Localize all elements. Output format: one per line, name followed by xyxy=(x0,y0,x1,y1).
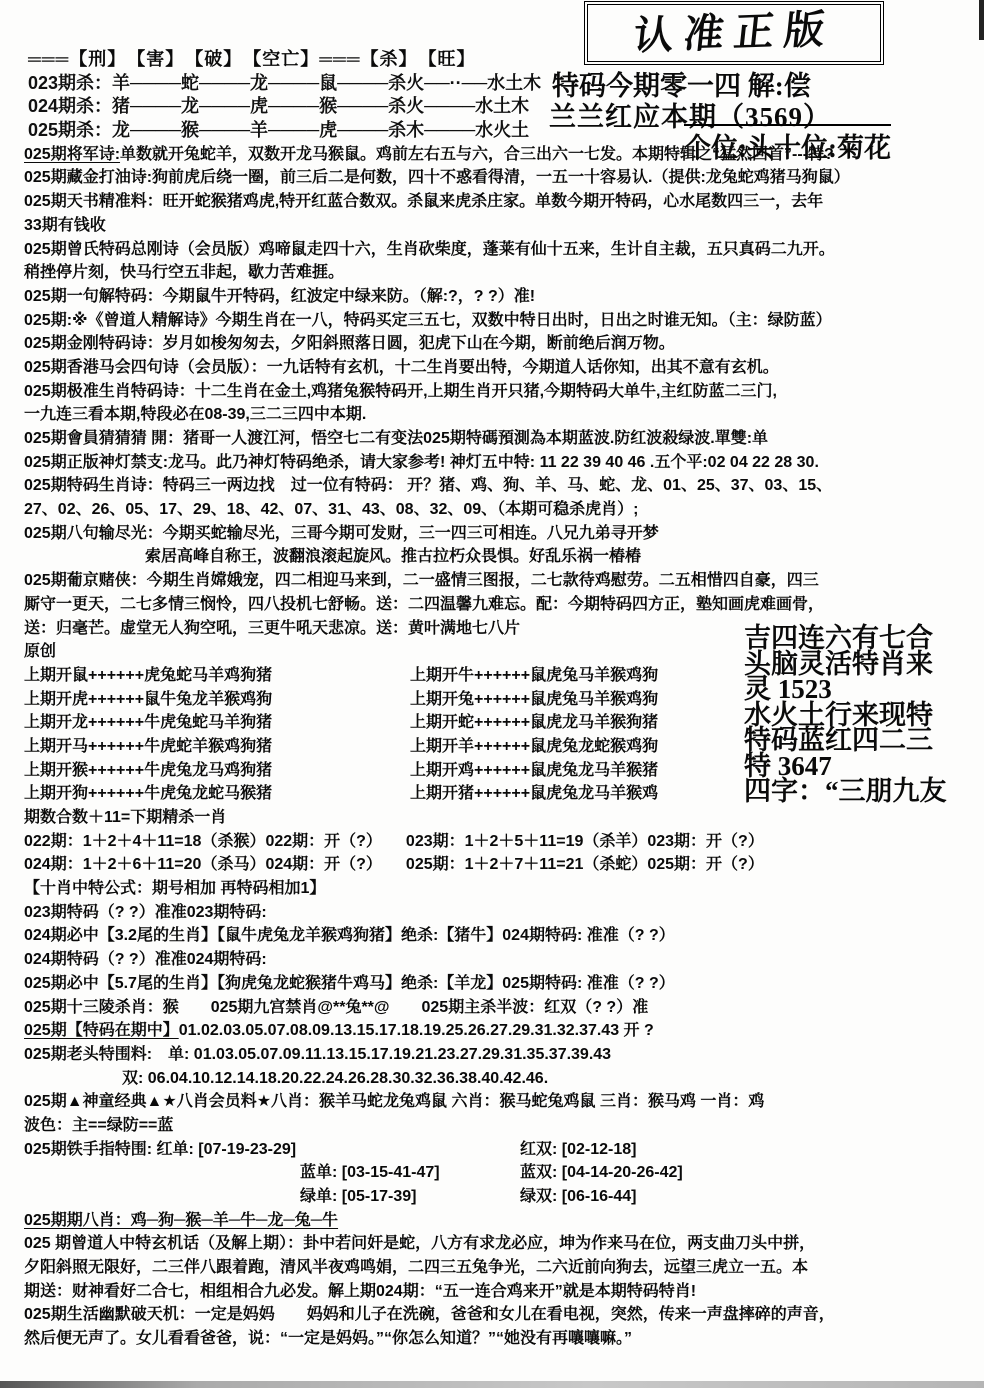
hint-line: 特码蓝红四二三 xyxy=(744,728,984,754)
zodiac-cell: 上期开鼠++++++虎兔蛇马羊鸡狗猪 xyxy=(24,664,410,688)
formula-row1: 022期：1＋2＋4＋11=18（杀猴）022期：开（?） 023期：1＋2＋5… xyxy=(0,830,984,854)
must-hit-025: 025期必中【5.7尾的生肖】【狗虎兔龙蛇猴猪牛鸡马】绝杀:【羊龙】025期特码… xyxy=(0,972,984,996)
zodiac-cell: 上期开龙++++++牛虎兔蛇马羊狗猪 xyxy=(24,711,410,735)
red-even: 红双: [02-12-18] xyxy=(520,1138,636,1162)
zodiac-cell: 上期开虎++++++鼠牛兔龙羊猴鸡狗 xyxy=(24,688,410,712)
accurate-zodiac-line2: 一九连三看本期,特段必在08-39,三二三四中本期. xyxy=(0,403,984,427)
zodiac-cell: 上期开牛++++++鼠虎兔马羊猴鸡狗 xyxy=(410,667,658,684)
pujing-gambler-line2: 厮守一更天，二七多情三悯怜，四八投机七舒畅。送：二四温馨九难忘。配：今期特码四方… xyxy=(0,593,984,617)
code-in-period-label: 025期【特码在期中】 xyxy=(24,1022,179,1039)
iron-finger-row-red: 025期铁手指特围: 红单: [07-19-23-29]红双: [02-12-1… xyxy=(0,1138,984,1162)
heaven-book-line1: 025期天书精准料：旺开蛇猴猪鸡虎,特开红蓝合数双。杀鼠来虎杀庄家。单数今期开特… xyxy=(0,190,984,214)
hint-line: 四字：“三朋九友 xyxy=(744,779,984,805)
zodiac-poem-line2: 27、02、26、05、17、29、18、42、07、31、43、08、32、0… xyxy=(0,498,984,522)
eight-zodiac-text: 025期期八肖：鸡─狗─猴─羊─牛─龙─兔─牛 xyxy=(24,1212,338,1229)
mystery-talk-line2: 夕阳斜照无限好，二三伴八跟着跑，清风半夜鸡鸣娟，二四三五兔争光，二六近前向狗去，… xyxy=(0,1256,984,1280)
zodiac-cell: 上期开狗++++++牛虎兔龙蛇马猴猪 xyxy=(24,782,410,806)
wave-color-line: 波色：主==绿防==蓝 xyxy=(0,1114,984,1138)
special-023: 023期特码（? ?）准准023期特码: xyxy=(0,901,984,925)
magic-lamp-line: 025期正版神灯禁支:龙马。此乃神灯特码绝杀，请大家参考! 神灯五中特: 11 … xyxy=(0,451,984,475)
humor-line2: 然后便无声了。女儿看看爸爸，说：“一定是妈妈。”“你怎么知道？”“她没有再嚷嚷嘛… xyxy=(0,1327,984,1351)
must-hit-024: 024期必中【3.2尾的生肖】【鼠牛虎兔龙羊猴鸡狗猪】绝杀:【猪牛】024期特码… xyxy=(0,924,984,948)
eight-zodiac-line: 025期期八肖：鸡─狗─猴─羊─牛─龙─兔─牛 xyxy=(0,1209,984,1233)
authenticity-stamp: 认准正版 xyxy=(584,1,884,65)
blue-even: 蓝双: [04-14-20-26-42] xyxy=(520,1161,683,1185)
one-sentence-hint: 025期一句解特码：今期鼠牛开特码，红波定中绿来防。（解:?，? ?）准! xyxy=(0,285,984,309)
zodiac-cell: 上期开兔++++++鼠虎兔马羊猴鸡狗 xyxy=(410,691,658,708)
humor-line1: 025期生活幽默破天机：一定是妈妈 妈妈和儿子在洗碗，爸爸和女儿在看电视，突然，… xyxy=(0,1303,984,1327)
iron-finger-row-blue: 蓝单: [03-15-41-47]蓝双: [04-14-20-26-42] xyxy=(0,1161,984,1185)
mystery-talk-line3: 期送：财神看好二合七，相组相合九必发。解上期024期：“五一连合鸡来开”就是本期… xyxy=(0,1280,984,1304)
green-odd: 绿单: [05-17-39] xyxy=(300,1188,416,1205)
accurate-zodiac-line1: 025期极准生肖特码诗：十二生肖在金土,鸡猪兔猴特码开,上期生肖开只猪,今期特码… xyxy=(0,380,984,404)
zodiac-cell: 上期开马++++++牛虎蛇羊猴鸡狗猪 xyxy=(24,735,410,759)
zodiac-cell: 上期开猪++++++鼠虎兔龙马羊猴鸡 xyxy=(410,785,658,802)
iron-finger-label: 025期铁手指特围: xyxy=(24,1141,156,1158)
zodiac-cell: 上期开羊++++++鼠虎兔龙蛇猴鸡狗 xyxy=(410,738,658,755)
scan-artifact-corner xyxy=(979,0,984,40)
mystery-talk-line1: 025 期曾道人中特玄机话（及解上期）：卦中若问奸是蛇，八方有求龙必应，坤为作来… xyxy=(0,1232,984,1256)
code-in-period-numbers: 01.02.03.05.07.08.09.13.15.17.18.19.25.2… xyxy=(179,1022,654,1039)
green-even: 绿双: [06-16-44] xyxy=(520,1185,636,1209)
formula-heading: 期数合数＋11=下期精杀一肖 xyxy=(0,806,984,830)
old-man-even-numbers: 双: 06.04.10.12.14.18.20.22.24.26.28.30.3… xyxy=(0,1067,984,1091)
headline-digit-hint: 个位:头十位:菊花 xyxy=(684,124,891,165)
blue-odd: 蓝单: [03-15-41-47] xyxy=(300,1164,440,1181)
formula-note: 【十肖中特公式：期号相加 再特码相加1】 xyxy=(0,877,984,901)
kill-zodiac-line: 025期十三陵杀肖：猴 025期九宫禁肖@**兔**@ 025期主杀半波：红双（… xyxy=(0,996,984,1020)
hint-line: 吉四连六有七合 xyxy=(744,626,984,652)
formula-row2: 024期：1＋2＋6＋11=20（杀马）024期：开（?） 025期：1＋2＋7… xyxy=(0,853,984,877)
iron-finger-row-green: 绿单: [05-17-39]绿双: [06-16-44] xyxy=(0,1185,984,1209)
zodiac-poem-line1: 025期特码生肖诗：特码三一两边找 过一位有特码： 开？猪、鸡、狗、羊、马、蛇、… xyxy=(0,474,984,498)
red-odd: 红单: [07-19-23-29] xyxy=(156,1141,296,1158)
zengdaoren-poem: 025期:※《曾道人精解诗》今期生肖在一八，特码买定三五七，双数中特日出时，日出… xyxy=(0,309,984,333)
general-poem-label: 025期将军诗: xyxy=(24,146,120,163)
special-024: 024期特码（? ?）准准024期特码: xyxy=(0,948,984,972)
hidden-gold-poem: 025期藏金打油诗:狗前虎后绕一圈，前三后二是何数，四十不惑看得清，一五一十容易… xyxy=(0,166,984,190)
hk-jockey-poem: 025期香港马会四句诗（会员版）：一九话特有玄机，十二生肖要出特，今期道人话你知… xyxy=(0,356,984,380)
zodiac-cell: 上期开蛇++++++鼠虎龙马羊猴狗猪 xyxy=(410,714,658,731)
hint-line: 灵 1523 xyxy=(744,677,984,703)
zeng-poem-line2: 稍挫停片刻，快马行空五非起，歇力苦难捱。 xyxy=(0,261,984,285)
lottery-tip-sheet: 认准正版 特码今期零一四 解:偿 兰兰红应本期（3569） 个位:头十位:菊花 … xyxy=(0,0,984,1388)
prodigy-classic-line: 025期▲神童经典▲★八肖会员料★八肖：猴羊马蛇龙兔鸡鼠 六肖：猴马蛇兔鸡鼠 三… xyxy=(0,1090,984,1114)
stamp-text: 认准正版 xyxy=(631,10,836,57)
kill-row-024: 024期杀：猪────龙────虎────猴────杀火────水土木 xyxy=(0,95,984,119)
highlight-hint-block: 吉四连六有七合 头脑灵活特肖来 灵 1523 水火土行来现特 特码蓝红四二三 特… xyxy=(744,626,984,805)
zeng-poem-line1: 025期曾氏特码总刚诗（会员版）鸡啼鼠走四十六，生肖砍柴度，蓬莱有仙十五来，生计… xyxy=(0,238,984,262)
old-man-odd-numbers: 025期老头特围料: 单: 01.03.05.07.09.11.13.15.17… xyxy=(0,1043,984,1067)
eight-verse-line1: 025期八句输尽光：今期买蛇输尽光，三哥今期可发财，三一四三可相连。八兄九弟寻开… xyxy=(0,522,984,546)
vajra-poem: 025期金刚特码诗：岁月如梭匆匆去，夕阳斜照落日圆，犯虎下山在今期，断前绝后润万… xyxy=(0,332,984,356)
kill-row-023: 023期杀：羊────蛇────龙────鼠────杀火──··──水土木 xyxy=(0,72,984,96)
heaven-book-line2: 33期有钱收 xyxy=(0,214,984,238)
pujing-gambler-line1: 025期葡京赌侠：今期生肖嫦娥宠，四二相迎马来到，二一盛情三图报，二七款待鸡慰劳… xyxy=(0,569,984,593)
zodiac-cell: 上期开猴++++++牛虎兔龙马鸡狗猪 xyxy=(24,759,410,783)
zodiac-cell: 上期开鸡++++++鼠虎兔龙马羊猴猪 xyxy=(410,762,658,779)
code-in-period: 025期【特码在期中】01.02.03.05.07.08.09.13.15.17… xyxy=(0,1019,984,1043)
eight-verse-line2: 索居高峰自称王，波翻浪滚起旋风。推古拉朽众畏惧。好乱乐祸一椿椿 xyxy=(0,545,984,569)
scan-artifact-bottom xyxy=(0,1381,984,1388)
member-guess-line: 025期會員猜猜猜 開：猪哥一人渡江河，悟空七二有变法025期特碼預測為本期蓝波… xyxy=(0,427,984,451)
